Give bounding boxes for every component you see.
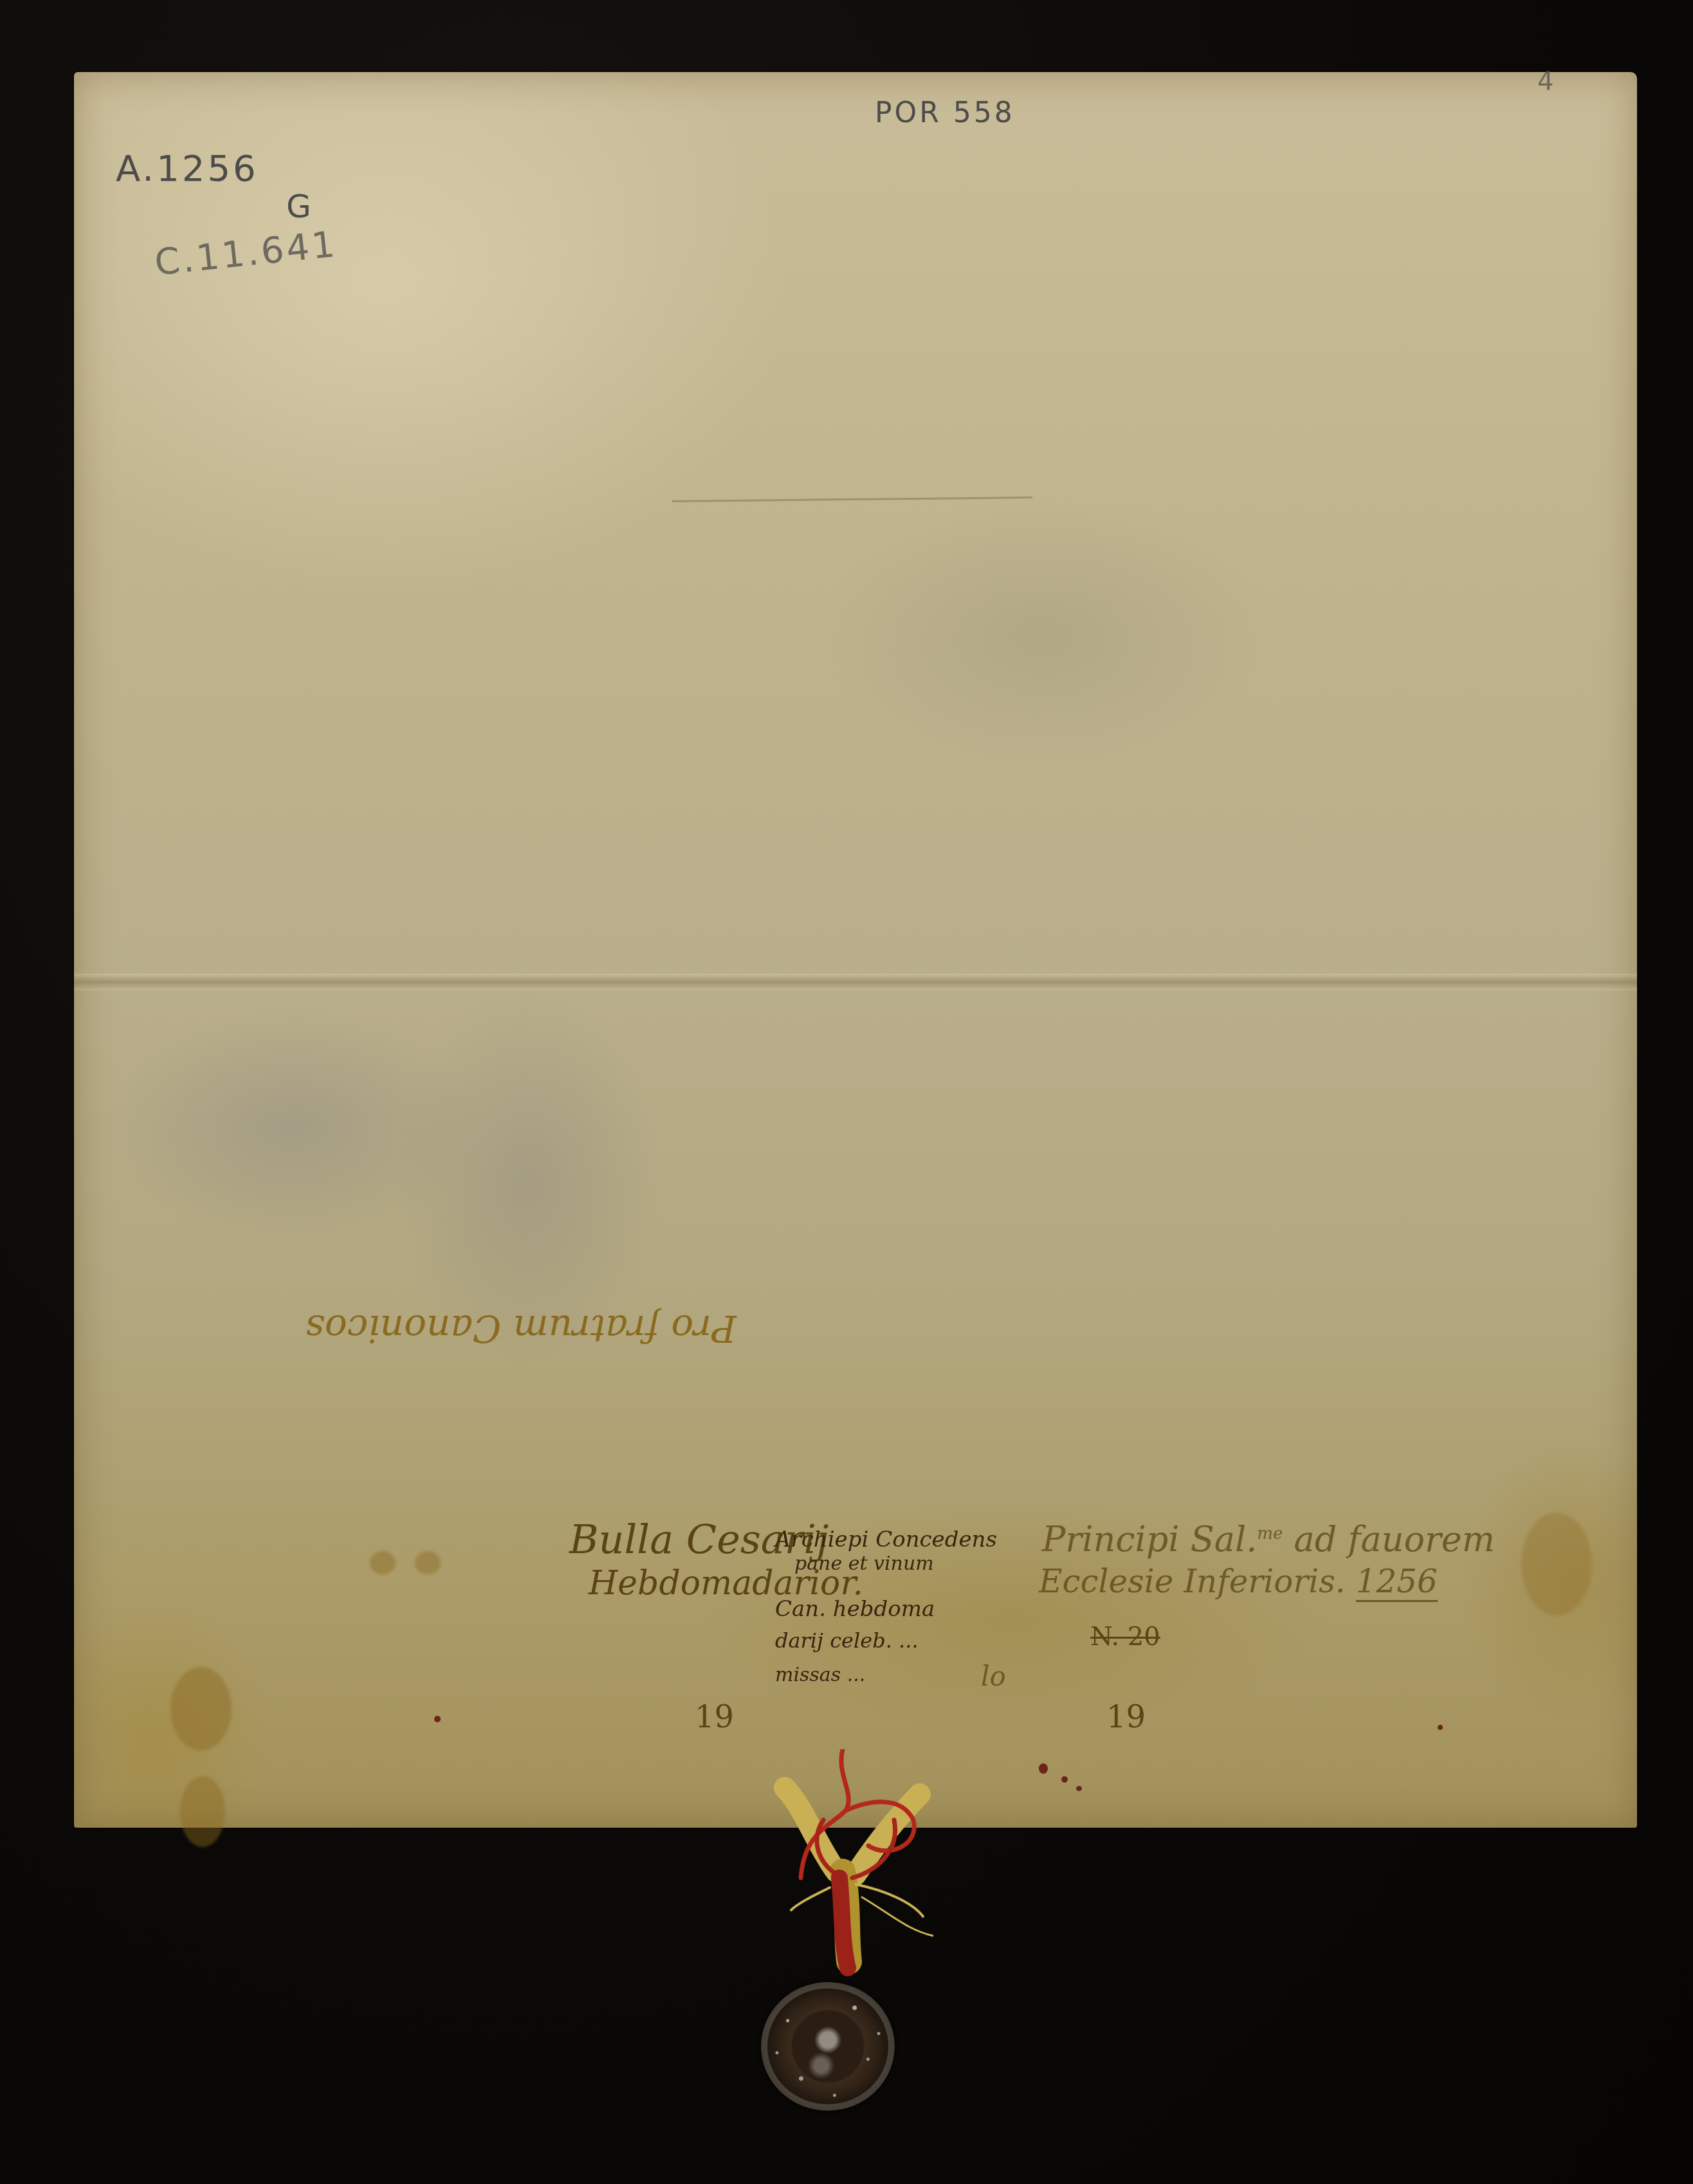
water-stain bbox=[180, 1776, 225, 1847]
endorsement-year: 1256 bbox=[1356, 1563, 1438, 1602]
interlinear-darij: darij celeb. ... bbox=[775, 1628, 919, 1653]
superscript: me bbox=[1257, 1524, 1283, 1543]
shelfmark-por: POR 558 bbox=[875, 96, 1015, 129]
shelfmark-g: G bbox=[286, 188, 314, 225]
water-stain bbox=[170, 1667, 232, 1751]
rust-spot bbox=[1061, 1776, 1068, 1783]
interlinear-pane: pane et vinum bbox=[794, 1552, 934, 1575]
number-mark: N. 20 bbox=[1090, 1622, 1160, 1652]
endorsement-principi-text: Principi Sal. bbox=[1042, 1519, 1257, 1560]
rust-spot bbox=[1076, 1786, 1082, 1791]
folio-number: 4 bbox=[1537, 67, 1556, 96]
endorsement-ecclesie: Ecclesie Inferioris. 1256 bbox=[1039, 1563, 1438, 1600]
rust-spot bbox=[1039, 1763, 1048, 1774]
upside-down-note: Pro fratrum Canonicos bbox=[306, 1307, 737, 1351]
shelfmark-c: C.11.641 bbox=[152, 223, 339, 284]
crease-mark bbox=[672, 496, 1032, 502]
rust-spot bbox=[434, 1716, 441, 1722]
count-right: 19 bbox=[1106, 1699, 1146, 1735]
interlinear-can: Can. hebdoma bbox=[775, 1596, 935, 1622]
count-left: 19 bbox=[695, 1699, 734, 1735]
lead-seal bbox=[761, 1982, 895, 2111]
silk-cords bbox=[765, 1749, 958, 1987]
rust-spot bbox=[1438, 1725, 1443, 1730]
endorsement-principi: Principi Sal.me ad fauorem bbox=[1042, 1519, 1495, 1560]
lo-mark: lo bbox=[981, 1661, 1006, 1692]
endorsement-ecclesie-text: Ecclesie Inferioris. bbox=[1039, 1563, 1346, 1600]
interlinear-missas: missas ... bbox=[775, 1664, 865, 1686]
water-stain bbox=[415, 1551, 441, 1574]
endorsement-fauorem: ad fauorem bbox=[1294, 1519, 1495, 1560]
horizontal-fold-line bbox=[74, 974, 1637, 990]
water-stain bbox=[370, 1551, 396, 1574]
parchment-sheet: A.1256 G C.11.641 POR 558 4 Pro fratrum … bbox=[74, 72, 1637, 1828]
water-stain bbox=[1521, 1513, 1592, 1615]
endorsement-archiepi: Archiepi Concedens bbox=[775, 1527, 997, 1552]
shelfmark-a: A.1256 bbox=[116, 148, 259, 190]
seal-corrosion bbox=[761, 1982, 895, 2111]
